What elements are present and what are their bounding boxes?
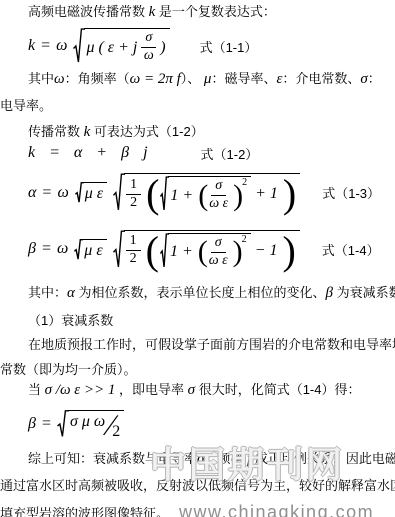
fraction-denominator: ω [144, 48, 154, 64]
math-symbol: ω [56, 37, 67, 55]
math-symbol: ω [57, 184, 68, 202]
text-segment: 其中 [28, 71, 54, 86]
text-segment: 综上可知：衰减系数与电导率 [28, 451, 197, 466]
exponent: 2 [242, 234, 247, 245]
math-symbol-inline: β [326, 285, 333, 301]
math-symbol: ω [57, 240, 68, 258]
text-segment: 是一个复数表达式： [155, 4, 276, 19]
text-segment: 其中： [28, 285, 67, 300]
text-segment: ：磁导率、 [211, 71, 276, 86]
document-page: 高频电磁波传播常数 k 是一个复数表达式： k = ω μ ( ε + j σ … [0, 0, 395, 517]
text-segment: 高频电磁波传播常数 [28, 4, 149, 19]
math-symbol-inline: ω [54, 71, 65, 87]
paragraph-conclusion-b: 通过富水区时高频被吸收，反射波以低频信号为主，较好的解释富水区及 [0, 477, 395, 495]
paragraph-conclusion-a: 综上可知：衰减系数与电导率σ、频率 f 成正比例关系，因此电磁波 [0, 450, 395, 468]
math-expression: 1 + [170, 187, 193, 205]
equals-sign: = [42, 415, 51, 433]
close-paren: ) [283, 177, 296, 211]
exponent: 2 [242, 177, 247, 188]
text-segment: 在地质预报工作时，可假设掌子面前方围岩的介电常数和电导率均为 [28, 337, 395, 352]
conclusion-text: 填充型岩溶的波形图像特征。 [0, 505, 169, 517]
site-url: www.chinaqking.com [179, 503, 374, 517]
equation-label: 式（1-2） [201, 144, 259, 163]
paragraph-intro: 高频电磁波传播常数 k 是一个复数表达式： [0, 3, 395, 21]
text-segment: 电导率。 [0, 98, 52, 113]
math-symbol-inline: σ /ω ε >> 1 [45, 382, 116, 398]
math-expression: μ ε [84, 242, 102, 260]
fraction-denominator: 2 [130, 195, 137, 211]
text-segment: 常数（即为均一介质）。 [0, 362, 137, 377]
math-expression: ) [160, 39, 165, 57]
text-segment: 可表达为式（1-2） [90, 124, 203, 139]
paragraph-where-symbols-cont: 电导率。 [0, 97, 395, 115]
math-symbol-inline: σ [188, 382, 195, 398]
text-segment: ）、 [181, 71, 204, 86]
fraction: σ ω ε [209, 236, 228, 268]
fraction-numerator: σ [141, 31, 156, 48]
equals-sign: = [41, 37, 50, 55]
text-segment: 成正比例关系，因此电磁波 [251, 451, 395, 466]
math-symbol-inline: α [67, 285, 75, 301]
formula-beta-simplified: β = σ μ ω ∕ 2 [0, 402, 395, 446]
formula-1-3: α = ω μ ε 1 2 ( 1 + ( [0, 166, 395, 219]
square-root: σ μ ω ∕ 2 [57, 410, 124, 438]
text-segment: ： [368, 71, 381, 86]
paragraph-geology-b: 常数（即为均一介质）。 [0, 361, 395, 379]
math-symbol: α [28, 184, 36, 202]
math-symbol: β [28, 240, 36, 258]
text-segment: 很大时，化简式（1-4）得： [195, 382, 360, 397]
formula-1-1: k = ω μ ( ε + j σ ω ) 式（1-1） [0, 26, 395, 66]
paragraph-propagation: 传播常数 k 可表达为式（1-2） [0, 123, 395, 141]
square-root: μ ( ε + j σ ω ) [73, 28, 169, 63]
square-root-outer: 1 2 ( 1 + ( σ ω ε ) 2 [113, 173, 300, 211]
equation-label: 式（1-1） [200, 37, 258, 56]
text-segment: ：角频率（ [65, 71, 130, 86]
square-root: μ ε [75, 182, 107, 203]
square-root: μ ε [74, 239, 106, 260]
fraction-denominator: 2 [130, 251, 137, 267]
paragraph-geology-a: 在地质预报工作时，可假设掌子面前方围岩的介电常数和电导率均为 [0, 336, 395, 354]
fraction-numerator: 1 [126, 178, 141, 195]
fraction-denominator: ω ε [209, 196, 228, 212]
math-symbol-inline: ω = 2π f [130, 71, 181, 87]
math-expression: + 1 [255, 185, 278, 203]
square-root-inner: 1 + ( σ ω ε ) 2 [160, 176, 251, 211]
open-paren: ( [146, 234, 159, 268]
math-symbol: k [28, 37, 35, 55]
text-segment: 、频率 [204, 451, 247, 466]
fraction-half: 1 2 [126, 234, 141, 266]
formula-1-2: k = α + β j 式（1-2） [0, 144, 395, 162]
fraction: σ ω [141, 31, 156, 63]
math-expression: μ ( ε + j [86, 39, 137, 57]
fraction: σ ω ε [209, 179, 228, 211]
open-paren: ( [146, 177, 159, 211]
fraction-half: 1 2 [126, 178, 141, 210]
equals-sign: = [42, 184, 51, 202]
text-segment: 为相位系数，表示单位长度上相位的变化、 [75, 285, 326, 300]
math-expression: 1 + [170, 243, 193, 261]
fraction-numerator: σ [211, 179, 226, 196]
text-segment: 当 [28, 382, 45, 397]
paragraph-condition: 当 σ /ω ε >> 1 ，即电导率 σ 很大时，化简式（1-4）得： [0, 381, 395, 399]
math-symbol-inline: σ [360, 71, 367, 87]
text-segment: 填充型岩溶的波形图像特征。 [0, 506, 169, 517]
open-paren: ( [198, 183, 208, 209]
paragraph-conclusion-c: 填充型岩溶的波形图像特征。 www.chinaqking.com [0, 503, 395, 517]
close-paren: ) [282, 234, 295, 268]
text-segment: （1）衰减系数 [28, 313, 113, 328]
text-segment: 通过富水区时高频被吸收，反射波以低频信号为主，较好的解释富水区及 [0, 478, 395, 493]
open-paren: ( [198, 239, 208, 265]
fraction-numerator: σ [211, 236, 226, 253]
math-symbol: β [28, 415, 36, 433]
fraction-denominator: 2 [112, 423, 120, 441]
section-heading-attenuation: （1）衰减系数 [0, 312, 395, 330]
math-expression: μ ε [85, 185, 103, 203]
fraction-denominator: ω ε [209, 253, 228, 269]
fraction-numerator: 1 [126, 234, 141, 251]
math-expression: − 1 [255, 242, 278, 260]
equals-sign: = [42, 240, 51, 258]
square-root-inner: 1 + ( σ ω ε ) 2 [160, 233, 251, 268]
equation-label: 式（1-3） [322, 183, 380, 202]
math-expression: k = α + β j [28, 144, 153, 162]
formula-1-4: β = ω μ ε 1 2 ( 1 + ( [0, 221, 395, 277]
math-expression: σ μ ω [70, 413, 105, 431]
text-segment: 传播常数 [28, 124, 84, 139]
paragraph-coefficients: 其中：α 为相位系数，表示单位长度上相位的变化、β 为衰减系数。 [0, 284, 395, 302]
text-segment: ，即电导率 [115, 382, 187, 397]
paragraph-where-symbols: 其中ω：角频率（ω = 2π f）、 μ：磁导率、ε：介电常数、σ： [0, 70, 395, 88]
square-root-outer: 1 2 ( 1 + ( σ ω ε ) 2 [113, 230, 300, 268]
text-segment: 为衰减系数。 [333, 285, 395, 300]
equation-label: 式（1-4） [322, 240, 380, 259]
text-segment: ：介电常数、 [282, 71, 360, 86]
